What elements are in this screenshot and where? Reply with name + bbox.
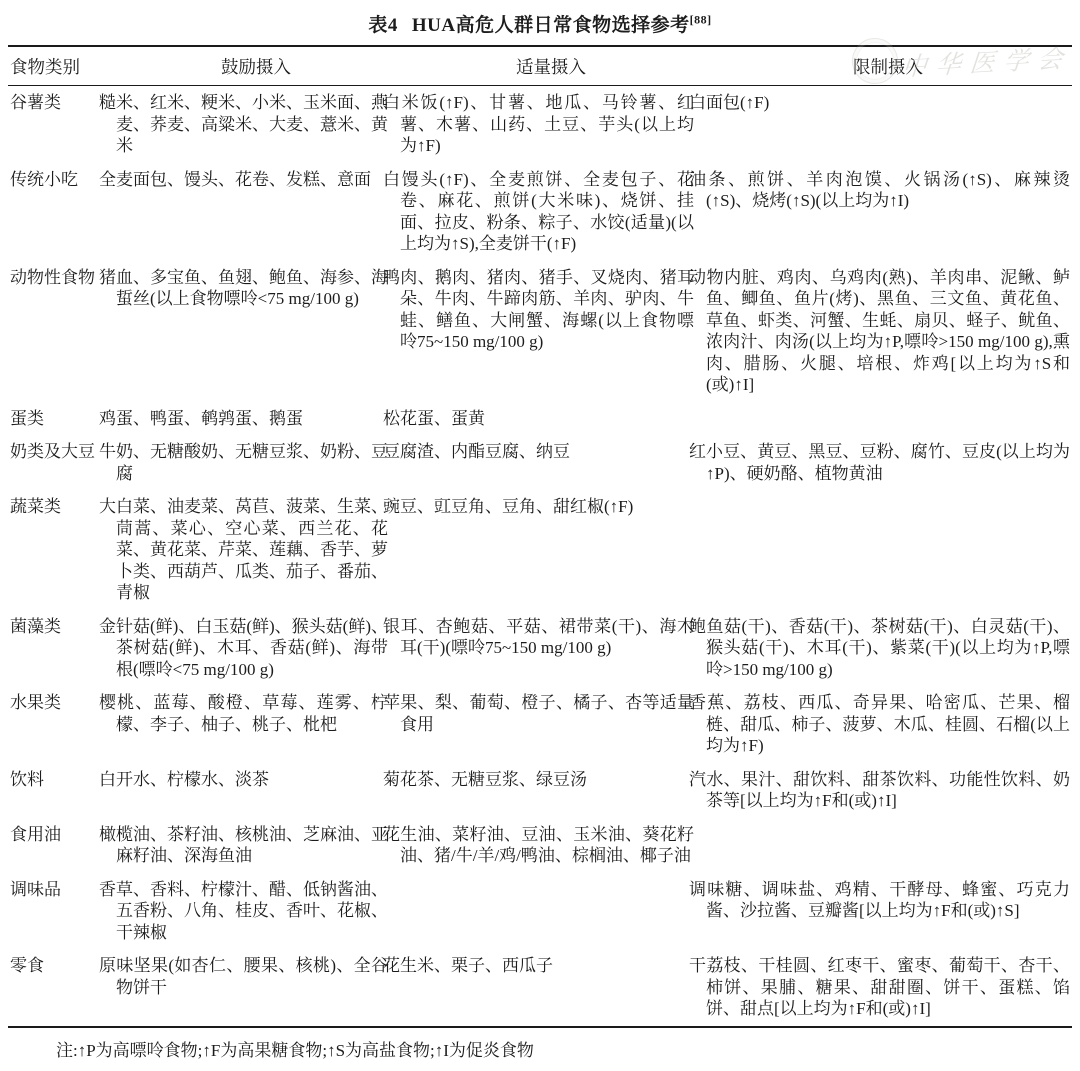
header-encouraged: 鼓励摄入 — [114, 46, 398, 86]
encouraged-cell: 鸡蛋、鸭蛋、鹌鹑蛋、鹅蛋 — [114, 402, 398, 436]
encouraged-cell: 糙米、红米、粳米、小米、玉米面、燕麦、荞麦、高粱米、大麦、薏米、黄米 — [114, 86, 398, 163]
restricted-cell — [704, 490, 1072, 610]
restricted-cell: 汽水、果汁、甜饮料、甜茶饮料、功能性饮料、奶茶等[以上均为↑F和(或)↑I] — [704, 763, 1072, 818]
encouraged-cell: 全麦面包、馒头、花卷、发糕、意面 — [114, 163, 398, 261]
encouraged-cell: 白开水、柠檬水、淡茶 — [114, 763, 398, 818]
restricted-cell: 红小豆、黄豆、黑豆、豆粉、腐竹、豆皮(以上均为↑P)、硬奶酪、植物黄油 — [704, 435, 1072, 490]
moderate-cell: 白米饭(↑F)、甘薯、地瓜、马铃薯、红薯、木薯、山药、土豆、芋头(以上均为↑F) — [398, 86, 704, 163]
table-row-animal-foods: 动物性食物 猪血、多宝鱼、鱼翅、鲍鱼、海参、海蜇丝(以上食物嘌呤<75 mg/1… — [8, 261, 1072, 402]
table-row-traditional-snacks: 传统小吃 全麦面包、馒头、花卷、发糕、意面 白馒头(↑F)、全麦煎饼、全麦包子、… — [8, 163, 1072, 261]
food-selection-table: 食物类别 鼓励摄入 适量摄入 限制摄入 谷薯类 糙米、红米、粳米、小米、玉米面、… — [8, 45, 1072, 1028]
restricted-cell: 鲍鱼菇(干)、香菇(干)、茶树菇(干)、白灵菇(干)、猴头菇(干)、木耳(干)、… — [704, 610, 1072, 687]
citation-ref: [88] — [690, 13, 712, 27]
moderate-cell: 鸭肉、鹅肉、猪肉、猪手、叉烧肉、猪耳朵、牛肉、牛蹄肉筋、羊肉、驴肉、牛蛙、鳝鱼、… — [398, 261, 704, 402]
encouraged-cell: 樱桃、蓝莓、酸橙、草莓、莲雾、柠檬、李子、柚子、桃子、枇杷 — [114, 686, 398, 763]
moderate-cell: 豆腐渣、内酯豆腐、纳豆 — [398, 435, 704, 490]
table-title: 表4HUA高危人群日常食物选择参考[88] — [8, 6, 1072, 45]
restricted-cell: 干荔枝、干桂圆、红枣干、蜜枣、葡萄干、杏干、柿饼、果脯、糖果、甜甜圈、饼干、蛋糕… — [704, 949, 1072, 1027]
moderate-cell: 豌豆、豇豆角、豆角、甜红椒(↑F) — [398, 490, 704, 610]
restricted-cell: 调味糖、调味盐、鸡精、干酵母、蜂蜜、巧克力酱、沙拉酱、豆瓣酱[以上均为↑F和(或… — [704, 873, 1072, 950]
encouraged-cell: 金针菇(鲜)、白玉菇(鲜)、猴头菇(鲜)、茶树菇(鲜)、木耳、香菇(鲜)、海带根… — [114, 610, 398, 687]
table-row-condiments: 调味品 香草、香料、柠檬汁、醋、低钠酱油、五香粉、八角、桂皮、香叶、花椒、干辣椒… — [8, 873, 1072, 950]
header-restricted: 限制摄入 — [704, 46, 1072, 86]
header-moderate: 适量摄入 — [398, 46, 704, 86]
header-food-category: 食物类别 — [8, 46, 114, 86]
table-body: 谷薯类 糙米、红米、粳米、小米、玉米面、燕麦、荞麦、高粱米、大麦、薏米、黄米 白… — [8, 86, 1072, 1027]
table-header: 食物类别 鼓励摄入 适量摄入 限制摄入 — [8, 46, 1072, 86]
moderate-cell: 花生油、菜籽油、豆油、玉米油、葵花籽油、猪/牛/羊/鸡/鸭油、棕榈油、椰子油 — [398, 818, 704, 873]
table-row-beverages: 饮料 白开水、柠檬水、淡茶 菊花茶、无糖豆浆、绿豆汤 汽水、果汁、甜饮料、甜茶饮… — [8, 763, 1072, 818]
table-row-vegetables: 蔬菜类 大白菜、油麦菜、莴苣、菠菜、生菜、茼蒿、菜心、空心菜、西兰花、花菜、黄花… — [8, 490, 1072, 610]
table-footnote: 注:↑P为高嘌呤食物;↑F为高果糖食物;↑S为高盐食物;↑I为促炎食物 — [8, 1028, 1072, 1071]
table-row-fungi-algae: 菌藻类 金针菇(鲜)、白玉菇(鲜)、猴头菇(鲜)、茶树菇(鲜)、木耳、香菇(鲜)… — [8, 610, 1072, 687]
moderate-cell: 花生米、栗子、西瓜子 — [398, 949, 704, 1027]
encouraged-cell: 牛奶、无糖酸奶、无糖豆浆、奶粉、豆腐 — [114, 435, 398, 490]
restricted-cell: 动物内脏、鸡肉、乌鸡肉(熟)、羊肉串、泥鳅、鲈鱼、鲫鱼、鱼片(烤)、黑鱼、三文鱼… — [704, 261, 1072, 402]
encouraged-cell: 橄榄油、茶籽油、核桃油、芝麻油、亚麻籽油、深海鱼油 — [114, 818, 398, 873]
header-row: 食物类别 鼓励摄入 适量摄入 限制摄入 — [8, 46, 1072, 86]
table-row-grains: 谷薯类 糙米、红米、粳米、小米、玉米面、燕麦、荞麦、高粱米、大麦、薏米、黄米 白… — [8, 86, 1072, 163]
moderate-cell — [398, 873, 704, 950]
encouraged-cell: 香草、香料、柠檬汁、醋、低钠酱油、五香粉、八角、桂皮、香叶、花椒、干辣椒 — [114, 873, 398, 950]
moderate-cell: 苹果、梨、葡萄、橙子、橘子、杏等适量食用 — [398, 686, 704, 763]
table-number: 表4 — [368, 15, 398, 36]
table-row-dairy-soy: 奶类及大豆 牛奶、无糖酸奶、无糖豆浆、奶粉、豆腐 豆腐渣、内酯豆腐、纳豆 红小豆… — [8, 435, 1072, 490]
encouraged-cell: 大白菜、油麦菜、莴苣、菠菜、生菜、茼蒿、菜心、空心菜、西兰花、花菜、黄花菜、芹菜… — [114, 490, 398, 610]
restricted-cell: 油条、煎饼、羊肉泡馍、火锅汤(↑S)、麻辣烫(↑S)、烧烤(↑S)(以上均为↑I… — [704, 163, 1072, 261]
restricted-cell: 白面包(↑F) — [704, 86, 1072, 163]
restricted-cell — [704, 818, 1072, 873]
encouraged-cell: 猪血、多宝鱼、鱼翅、鲍鱼、海参、海蜇丝(以上食物嘌呤<75 mg/100 g) — [114, 261, 398, 402]
paper-table-page: 表4HUA高危人群日常食物选择参考[88] 中华医学会 食物类别 鼓励摄入 适量… — [0, 0, 1080, 1071]
moderate-cell: 银耳、杏鲍菇、平菇、裙带菜(干)、海木耳(干)(嘌呤75~150 mg/100 … — [398, 610, 704, 687]
moderate-cell: 菊花茶、无糖豆浆、绿豆汤 — [398, 763, 704, 818]
table-row-fruits: 水果类 樱桃、蓝莓、酸橙、草莓、莲雾、柠檬、李子、柚子、桃子、枇杷 苹果、梨、葡… — [8, 686, 1072, 763]
encouraged-cell: 原味坚果(如杏仁、腰果、核桃)、全谷物饼干 — [114, 949, 398, 1027]
moderate-cell: 松花蛋、蛋黄 — [398, 402, 704, 436]
restricted-cell — [704, 402, 1072, 436]
table-row-snacks: 零食 原味坚果(如杏仁、腰果、核桃)、全谷物饼干 花生米、栗子、西瓜子 干荔枝、… — [8, 949, 1072, 1027]
table-row-cooking-oils: 食用油 橄榄油、茶籽油、核桃油、芝麻油、亚麻籽油、深海鱼油 花生油、菜籽油、豆油… — [8, 818, 1072, 873]
table-title-text: HUA高危人群日常食物选择参考 — [412, 15, 690, 36]
moderate-cell: 白馒头(↑F)、全麦煎饼、全麦包子、花卷、麻花、煎饼(大米味)、烧饼、挂面、拉皮… — [398, 163, 704, 261]
restricted-cell: 香蕉、荔枝、西瓜、奇异果、哈密瓜、芒果、榴梿、甜瓜、柿子、菠萝、木瓜、桂圆、石榴… — [704, 686, 1072, 763]
table-row-eggs: 蛋类 鸡蛋、鸭蛋、鹌鹑蛋、鹅蛋 松花蛋、蛋黄 — [8, 402, 1072, 436]
